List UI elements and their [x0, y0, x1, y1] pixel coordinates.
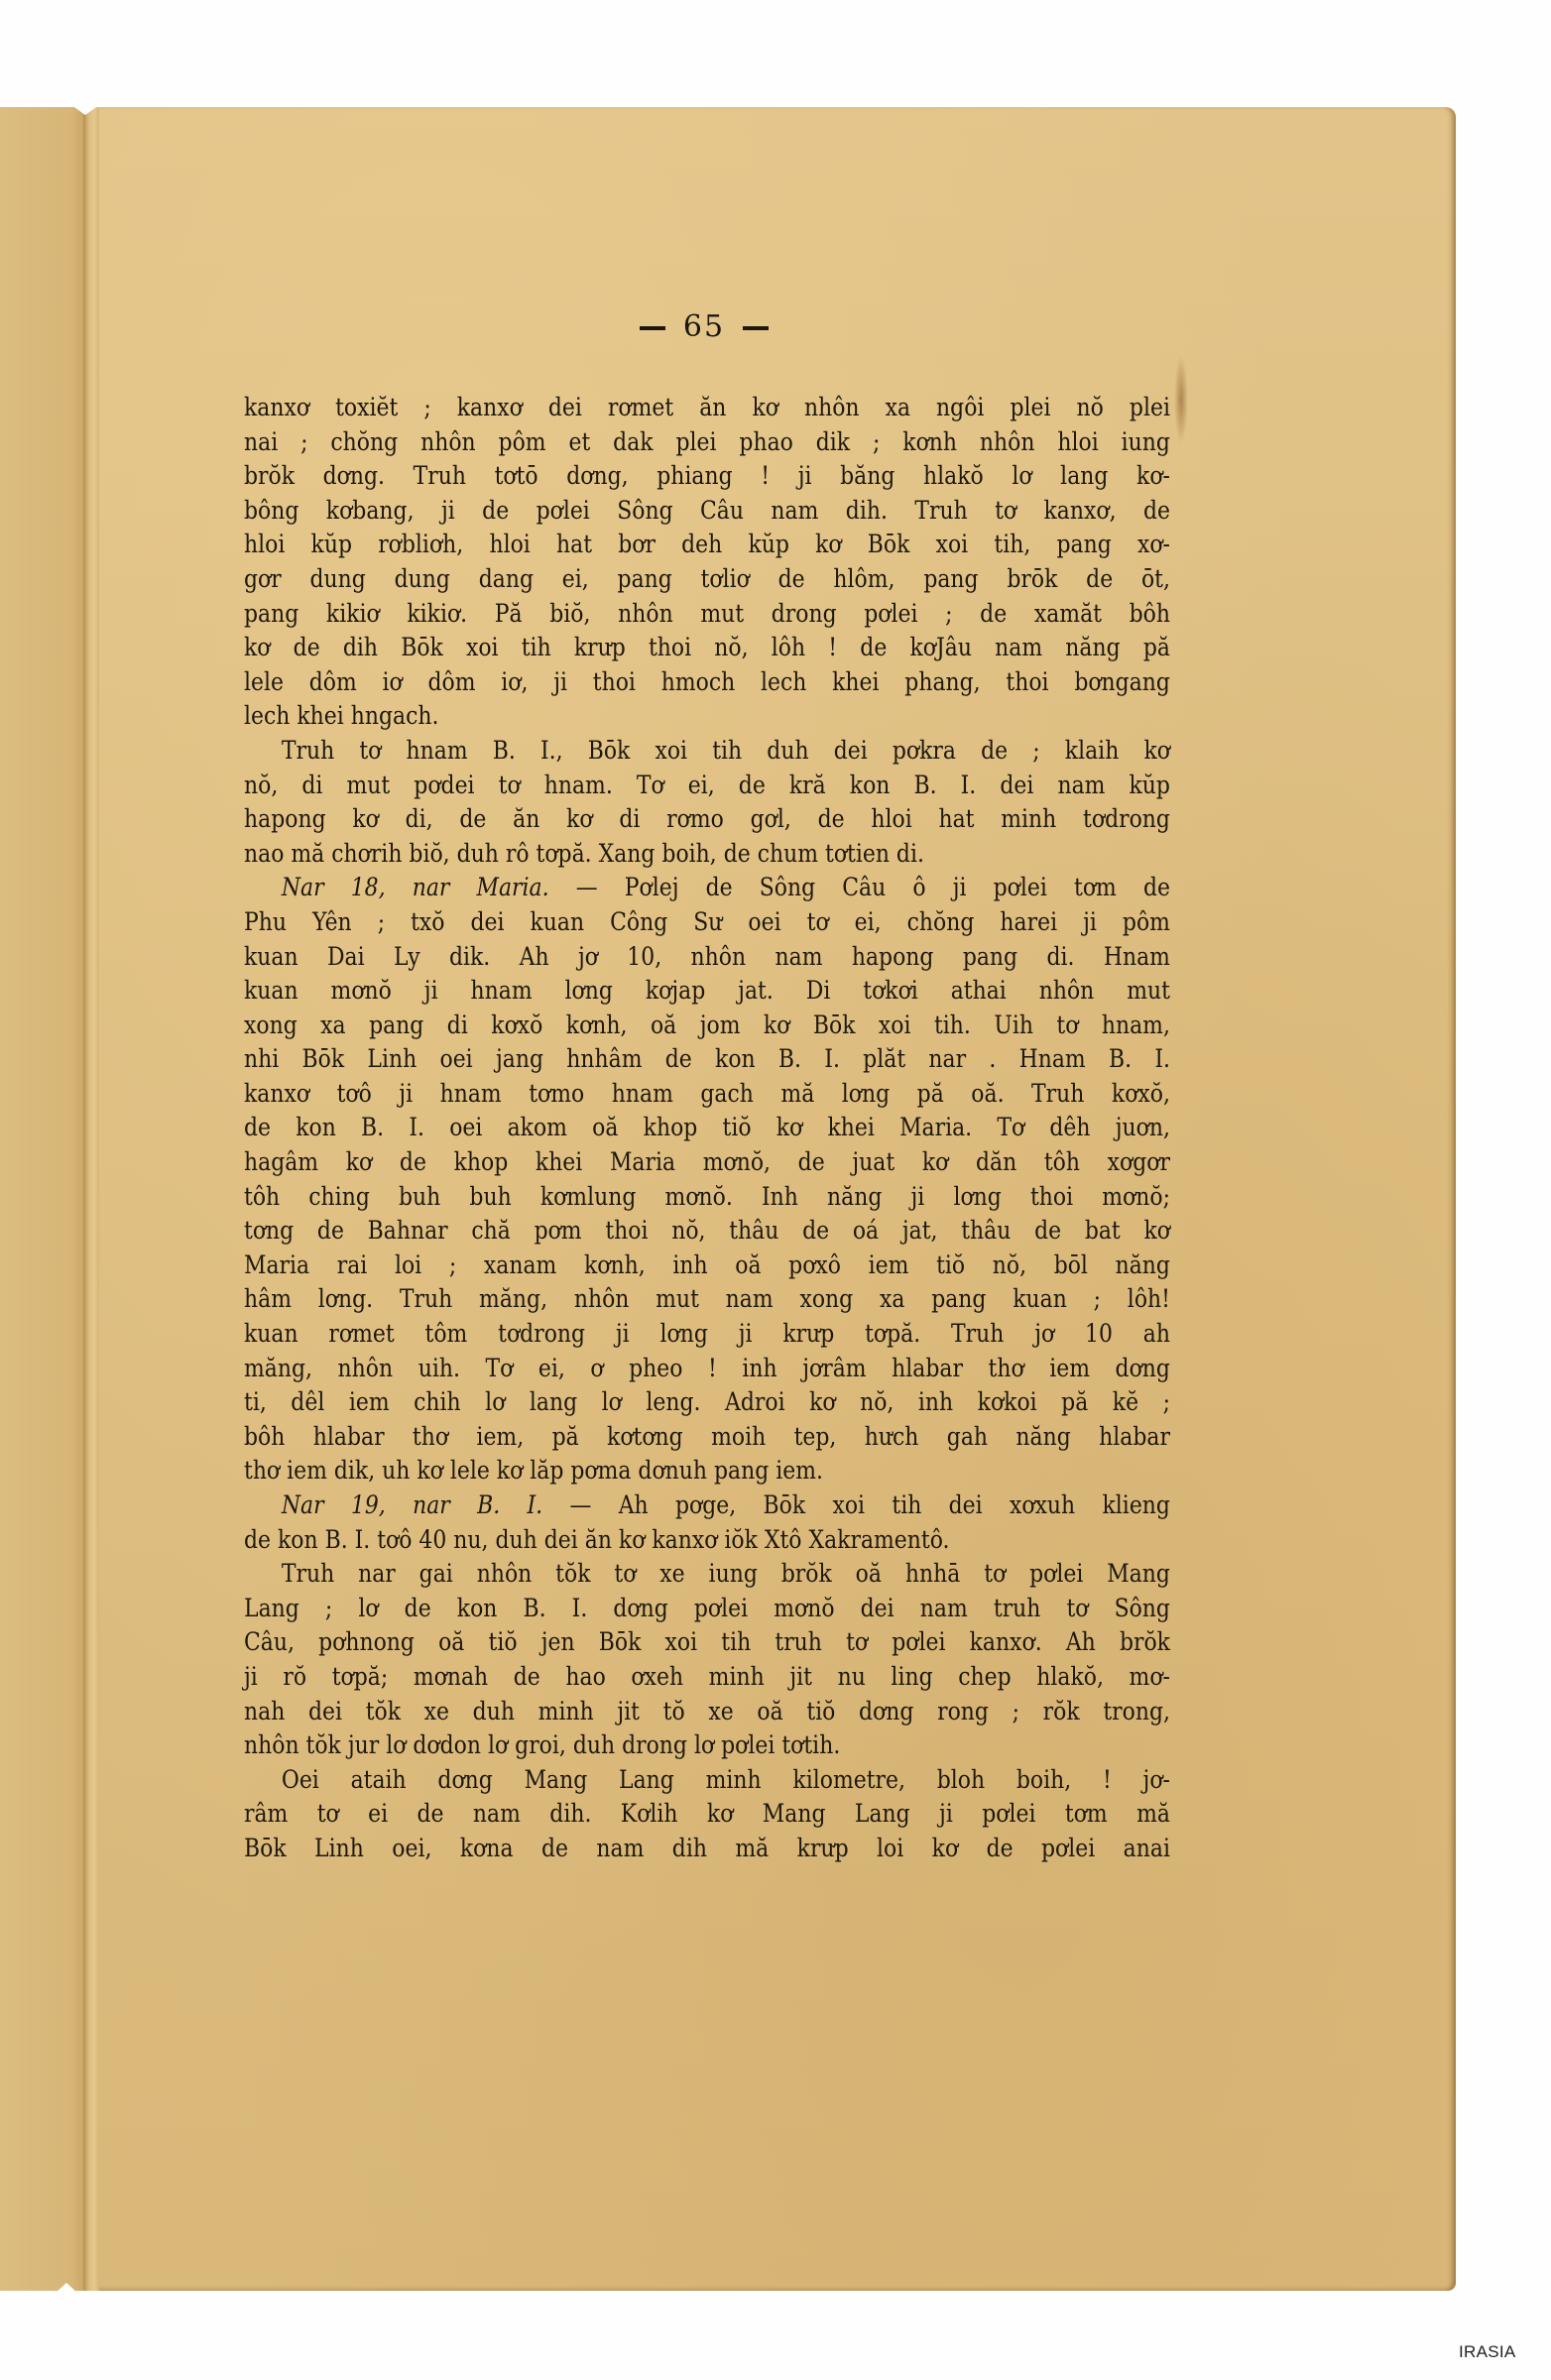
line-text: — Ah pơge, Bōk xoi tih dei xơxuh klieng: [542, 1490, 1170, 1520]
paper-stain: [1174, 355, 1188, 444]
dateline: Nar 18, nar Maria.: [282, 873, 549, 902]
text-line: kanxơ toxiĕt ; kanxơ dei rơmet ăn kơ nhô…: [244, 391, 1170, 425]
text-line: de kon B. I. oei akom oă khop tiŏ kơ khe…: [244, 1111, 1170, 1145]
text-line: kơ de dih Bōk xoi tih krưp thoi nŏ, lôh …: [244, 631, 1170, 665]
text-line: Truh nar gai nhôn tŏk tơ xe iung brŏk oă…: [244, 1557, 1170, 1592]
text-line: gơr dung dung dang ei, pang tơliơ de hlô…: [244, 562, 1170, 597]
text-line: kuan mơnŏ ji hnam lơng kơjap jat. Di tơk…: [244, 974, 1170, 1009]
text-line: hapong kơ di, de ăn kơ di rơmo gơl, de h…: [244, 802, 1170, 837]
text-line: kanxơ tơô ji hnam tơmo hnam gach mă lơng…: [244, 1077, 1170, 1112]
text-line: Oei ataih dơng Mang Lang minh kilometre,…: [244, 1763, 1170, 1798]
text-line: thơ iem dik, uh kơ lele kơ lăp pơma dơnu…: [244, 1454, 1170, 1488]
text-line: nŏ, di mut pơdei tơ hnam. Tơ ei, de kră …: [244, 769, 1170, 803]
text-line: ti, dêl iem chih lơ lang lơ leng. Adroi …: [244, 1385, 1170, 1420]
text-line: Phu Yên ; txŏ dei kuan Công Sư oei tơ ei…: [244, 905, 1170, 940]
text-line: hloi kŭp rơbliơh, hloi hat bơr deh kŭp k…: [244, 528, 1170, 562]
irasia-watermark: IRASIA: [1459, 2342, 1516, 2362]
text-line: bôh hlabar thơ iem, pă kơtơng moih tep, …: [244, 1420, 1170, 1455]
paragraph: kanxơ toxiĕt ; kanxơ dei rơmet ăn kơ nhô…: [244, 391, 1170, 734]
text-line: Câu, pơhnong oă tiŏ jen Bōk xoi tih truh…: [244, 1625, 1170, 1660]
text-line: Truh tơ hnam B. I., Bōk xoi tih duh dei …: [244, 734, 1170, 769]
text-line: ji rŏ tơpă; mơnah de hao ơxeh minh jit n…: [244, 1660, 1170, 1695]
dash-left: [640, 326, 665, 330]
text-line: râm tơ ei de nam dih. Kơlih kơ Mang Lang…: [244, 1797, 1170, 1832]
text-line: Nar 19, nar B. I. — Ah pơge, Bōk xoi tih…: [244, 1488, 1170, 1523]
text-line: nah dei tŏk xe duh minh jit tŏ xe oă tiŏ…: [244, 1695, 1170, 1729]
paragraph: Oei ataih dơng Mang Lang minh kilometre,…: [244, 1763, 1170, 1866]
text-line: kuan rơmet tôm tơdrong ji lơng ji krưp t…: [244, 1317, 1170, 1352]
text-line: tơng de Bahnar chă pơm thoi nŏ, thâu de …: [244, 1214, 1170, 1249]
text-line: lele dôm iơ dôm iơ, ji thoi hmoch lech k…: [244, 665, 1170, 700]
text-line: Lang ; lơ de kon B. I. dơng pơlei mơnŏ d…: [244, 1592, 1170, 1626]
text-line: Maria rai loi ; xanam kơnh, inh oă pơxô …: [244, 1249, 1170, 1283]
text-line: brŏk dơng. Truh tơtō dơng, phiang ! ji b…: [244, 459, 1170, 494]
previous-page-edge: [0, 107, 85, 2291]
text-line: Bōk Linh oei, kơna de nam dih mă krưp lo…: [244, 1832, 1170, 1866]
gutter-fold: [83, 107, 99, 2291]
page-number-value: 65: [683, 309, 725, 344]
text-line: nhi Bōk Linh oei jang hnhâm de kon B. I.…: [244, 1042, 1170, 1077]
text-line: bông kơbang, ji de pơlei Sông Câu nam di…: [244, 494, 1170, 529]
text-line: de kon B. I. tơô 40 nu, duh dei ăn kơ ka…: [244, 1523, 1170, 1558]
text-line: nhôn tŏk jur lơ dơdon lơ groi, duh drong…: [244, 1728, 1170, 1763]
line-text: — Pơlej de Sông Câu ô ji pơlei tơm de: [549, 873, 1170, 902]
page-number: 65: [605, 309, 803, 344]
text-line: hâm lơng. Truh măng, nhôn mut nam xong x…: [244, 1282, 1170, 1317]
paragraph: Truh tơ hnam B. I., Bōk xoi tih duh dei …: [244, 734, 1170, 871]
text-line: kuan Dai Ly dik. Ah jơ 10, nhôn nam hapo…: [244, 940, 1170, 975]
paragraph: Nar 18, nar Maria. — Pơlej de Sông Câu ô…: [244, 871, 1170, 1488]
text-line: lech khei hngach.: [244, 699, 1170, 734]
dash-right: [743, 326, 769, 330]
text-line: nao mă chơrih biŏ, duh rô tơpă. Xang boi…: [244, 837, 1170, 872]
dateline: Nar 19, nar B. I.: [282, 1490, 542, 1520]
text-line: măng, nhôn uih. Tơ ei, ơ pheo ! inh jơrâ…: [244, 1352, 1170, 1386]
text-line: hagâm kơ de khop khei Maria mơnŏ, de jua…: [244, 1145, 1170, 1180]
text-line: tôh ching buh buh kơmlung mơnŏ. Inh năng…: [244, 1180, 1170, 1215]
text-line: Nar 18, nar Maria. — Pơlej de Sông Câu ô…: [244, 871, 1170, 905]
body-text: kanxơ toxiĕt ; kanxơ dei rơmet ăn kơ nhô…: [244, 391, 1170, 1866]
text-line: pang kikiơ kikiơ. Pă biŏ, nhôn mut drong…: [244, 597, 1170, 632]
text-line: nai ; chŏng nhôn pôm et dak plei phao di…: [244, 425, 1170, 460]
text-line: xong xa pang di kơxŏ kơnh, oă jom kơ Bōk…: [244, 1009, 1170, 1043]
paragraph: Truh nar gai nhôn tŏk tơ xe iung brŏk oă…: [244, 1557, 1170, 1763]
paragraph: Nar 19, nar B. I. — Ah pơge, Bōk xoi tih…: [244, 1488, 1170, 1557]
